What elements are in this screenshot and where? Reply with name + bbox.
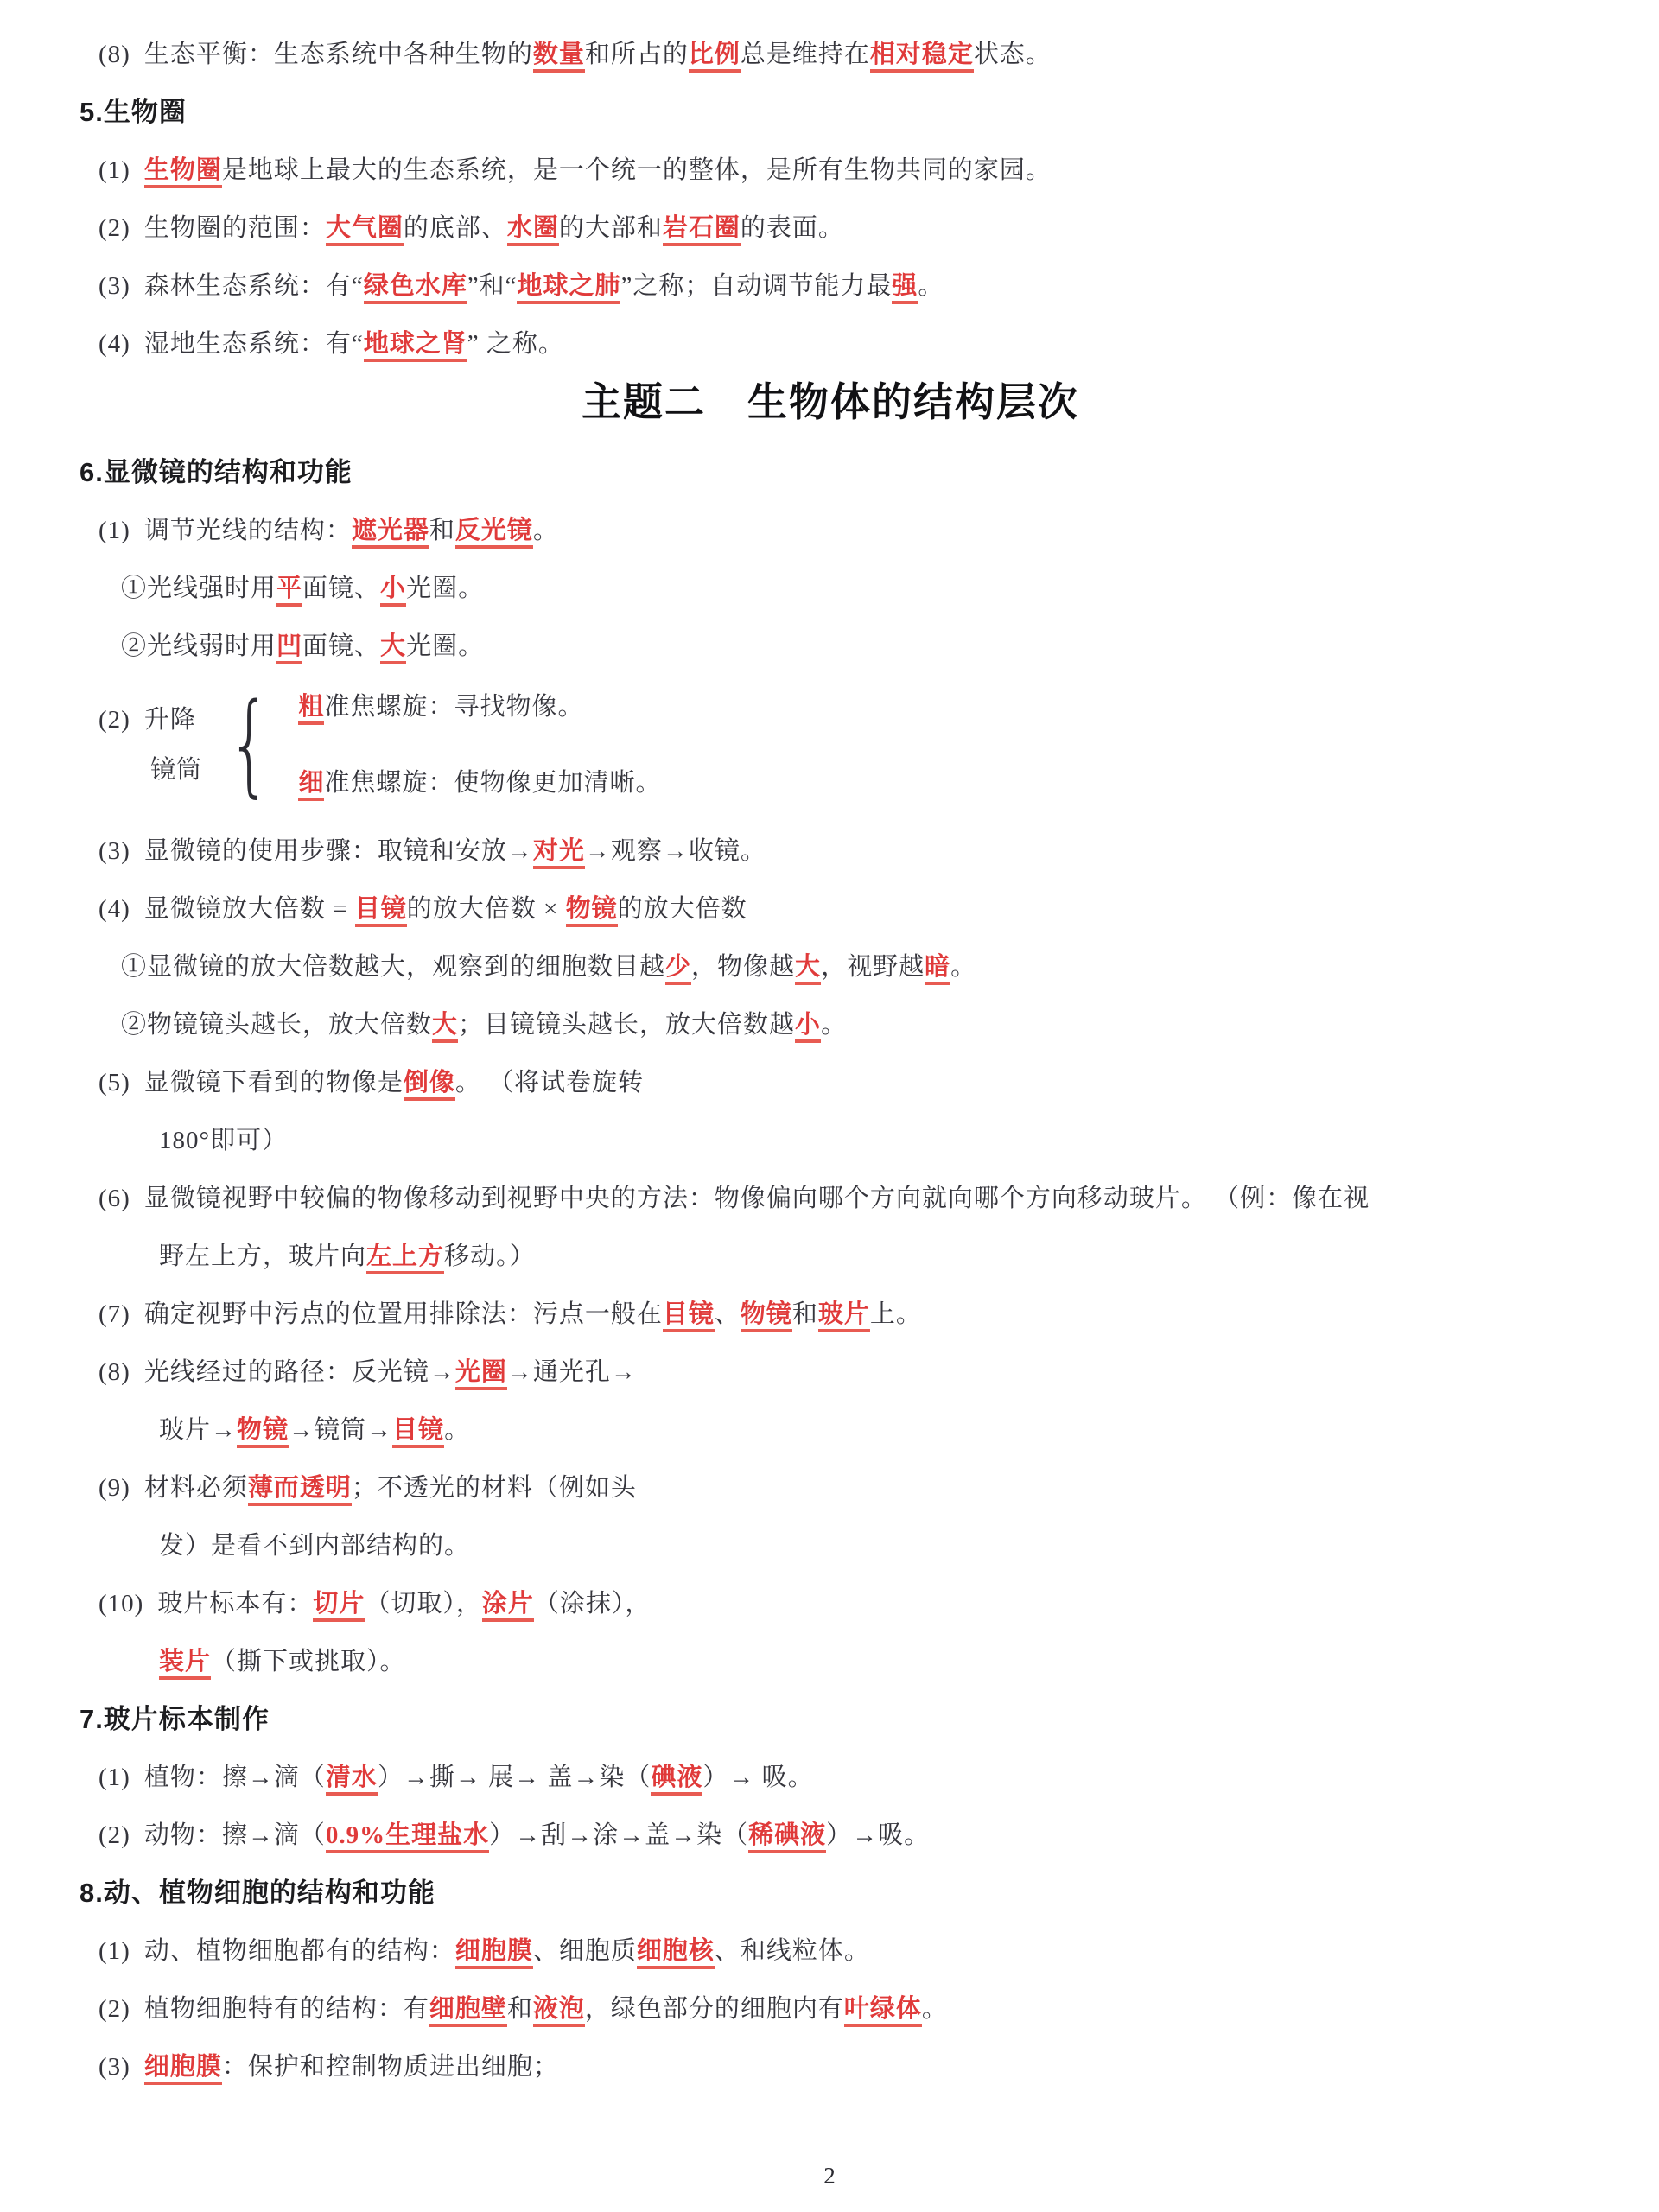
doc-line: (4)湿地生态系统：有“地球之肾” 之称。 [79, 329, 1581, 359]
text-segment: 玻片标本有： [157, 1590, 313, 1618]
answer-blank: 清水 [326, 1764, 378, 1796]
text-segment: 准焦螺旋：寻找物像。 [324, 693, 583, 721]
text-segment: 植物细胞特有的结构：有 [144, 1995, 429, 2023]
text-segment: ②光线弱时用 [121, 632, 276, 660]
text-segment: ：保护和控制物质进出细胞； [222, 2053, 559, 2081]
brace-rows: 粗准焦螺旋：寻找物像。细准焦螺旋：使物像更加清晰。 [298, 692, 661, 798]
answer-blank: 细胞核 [637, 1937, 715, 1969]
text-segment: （涂抹）， [534, 1590, 652, 1618]
text-segment: ）→ 吸。 [702, 1764, 813, 1791]
answer-blank: 对光 [533, 837, 585, 869]
text-segment: 发）是看不到内部结构的。 [159, 1532, 470, 1560]
line-marker: (3) [99, 272, 130, 300]
text-segment: →镜筒→ [289, 1416, 392, 1444]
brace-label: 镜筒 [99, 755, 202, 785]
text-segment: 光圈。 [406, 575, 484, 602]
text-segment: 。 [918, 272, 944, 300]
doc-line: (2)生物圈的范围：大气圈的底部、水圈的大部和岩石圈的表面。 [79, 213, 1581, 243]
line-marker: (1) [99, 1937, 130, 1965]
text-segment: 显微镜放大倍数 = [144, 895, 355, 923]
text-segment: 是地球上最大的生态系统，是一个统一的整体，是所有生物共同的家园。 [222, 156, 1052, 184]
line-marker: (1) [99, 1764, 130, 1791]
answer-blank: 粗 [298, 693, 324, 725]
text-segment: ；目镜镜头越长，放大倍数越 [458, 1011, 795, 1039]
text-segment: 总是维持在 [741, 41, 870, 68]
answer-blank: 绿色水库 [364, 272, 467, 304]
line-marker: (2) [99, 214, 130, 242]
line-marker: (8) [99, 1358, 130, 1386]
answer-blank: 遮光器 [352, 517, 429, 549]
text-segment: 湿地生态系统：有“ [144, 330, 364, 358]
line-marker: (9) [99, 1474, 130, 1502]
text-segment: （撕下或挑取）。 [211, 1648, 406, 1675]
doc-line: (3)森林生态系统：有“绿色水库”和“地球之肺”之称；自动调节能力最强。 [79, 271, 1581, 301]
text-segment: 动、植物细胞都有的结构： [144, 1937, 455, 1965]
doc-line: (1)生物圈是地球上最大的生态系统，是一个统一的整体，是所有生物共同的家园。 [79, 156, 1581, 185]
doc-line: (1)动、植物细胞都有的结构：细胞膜、细胞质细胞核、和线粒体。 [79, 1936, 1581, 1966]
line-marker: (2) [99, 706, 130, 734]
doc-line: (4)显微镜放大倍数 = 目镜的放大倍数 × 物镜的放大倍数 [79, 894, 1581, 924]
text-segment: （切取）， [365, 1590, 482, 1618]
doc-line: (10)玻片标本有：切片（切取），涂片（涂抹）， [79, 1589, 1581, 1618]
text-segment: 。 [821, 1011, 847, 1039]
answer-blank: 玻片 [818, 1300, 870, 1332]
brace-row: 细准焦螺旋：使物像更加清晰。 [298, 768, 661, 798]
doc-line: (7)确定视野中污点的位置用排除法：污点一般在目镜、物镜和玻片上。 [79, 1300, 1581, 1329]
text-segment: 。 [922, 1995, 948, 2023]
text-segment: 。 [533, 517, 559, 544]
doc-line: 玻片→物镜→镜筒→目镜。 [79, 1415, 1581, 1445]
answer-blank: 细胞膜 [455, 1937, 533, 1969]
answer-blank: 光圈 [455, 1358, 507, 1390]
document-body: (8)生态平衡：生态系统中各种生物的数量和所占的比例总是维持在相对稳定状态。5.… [0, 0, 1659, 2082]
answer-blank: 目镜 [355, 895, 407, 927]
text-segment: 6.显微镜的结构和功能 [79, 457, 353, 487]
text-segment: ，绿色部分的细胞内有 [585, 1995, 844, 2023]
text-segment: 准焦螺旋：使物像更加清晰。 [324, 769, 661, 797]
section-heading: 6.显微镜的结构和功能 [79, 458, 1581, 487]
answer-blank: 细胞壁 [429, 1995, 507, 2027]
text-segment: ” 之称。 [467, 330, 564, 358]
section-heading: 7.玻片标本制作 [79, 1705, 1581, 1734]
text-segment: ）→刮→涂→盖→染（ [489, 1821, 748, 1849]
page-footer: 2 [0, 2163, 1659, 2190]
doc-line: 野左上方，玻片向左上方移动。） [79, 1242, 1581, 1271]
text-segment: 状态。 [974, 41, 1052, 68]
text-segment: 和 [792, 1300, 818, 1328]
line-marker: (8) [99, 41, 130, 68]
text-segment: 植物：擦→滴（ [144, 1764, 326, 1791]
answer-blank: 比例 [689, 41, 741, 73]
answer-blank: 大 [795, 953, 821, 985]
text-segment: 180°即可） [159, 1127, 288, 1154]
answer-blank: 小 [380, 575, 406, 607]
line-marker: (6) [99, 1185, 130, 1212]
text-segment: 。 [950, 953, 976, 981]
text-segment: →观察→收镜。 [585, 837, 766, 865]
text-segment: ②物镜镜头越长，放大倍数 [121, 1011, 432, 1039]
line-marker: (3) [99, 2053, 130, 2081]
doc-line: ②物镜镜头越长，放大倍数大；目镜镜头越长，放大倍数越小。 [79, 1010, 1581, 1039]
line-marker: (2) [99, 1995, 130, 2023]
answer-blank: 目镜 [392, 1416, 444, 1448]
text-segment: ；不透光的材料（例如头 [352, 1474, 637, 1502]
text-segment: 7.玻片标本制作 [79, 1704, 270, 1734]
answer-blank: 平 [276, 575, 302, 607]
answer-blank: 地球之肾 [364, 330, 467, 362]
text-segment: 。 [444, 1416, 470, 1444]
text-segment: 上。 [870, 1300, 922, 1328]
answer-blank: 叶绿体 [844, 1995, 922, 2027]
answer-blank: 0.9%生理盐水 [326, 1821, 489, 1853]
text-segment: ）→吸。 [826, 1821, 930, 1849]
brace-row: 粗准焦螺旋：寻找物像。 [298, 692, 661, 721]
text-segment: 森林生态系统：有“ [144, 272, 364, 300]
text-segment: 生态平衡：生态系统中各种生物的 [144, 41, 533, 68]
text-segment: 玻片→ [159, 1416, 237, 1444]
answer-blank: 地球之肺 [517, 272, 620, 304]
text-segment: ，视野越 [821, 953, 925, 981]
answer-blank: 大 [432, 1011, 458, 1043]
doc-line: (6)显微镜视野中较偏的物像移动到视野中央的方法：物像偏向哪个方向就向哪个方向移… [79, 1184, 1581, 1213]
brace-labels: (2)升降镜筒 [99, 705, 202, 785]
answer-blank: 碘液 [651, 1764, 702, 1796]
text-segment: 调节光线的结构： [144, 517, 352, 544]
doc-line: (1)调节光线的结构：遮光器和反光镜。 [79, 516, 1581, 545]
line-marker: (10) [99, 1590, 143, 1618]
answer-blank: 细 [298, 769, 324, 801]
answer-blank: 水圈 [507, 214, 559, 246]
answer-blank: 大 [380, 632, 406, 664]
text-segment: 材料必须 [144, 1474, 248, 1502]
answer-blank: 物镜 [741, 1300, 792, 1332]
answer-blank: 暗 [925, 953, 950, 985]
doc-line: 发）是看不到内部结构的。 [79, 1531, 1581, 1560]
text-segment: 主题二 生物体的结构层次 [582, 379, 1079, 424]
answer-blank: 稀碘液 [748, 1821, 826, 1853]
doc-line: 装片（撕下或挑取）。 [79, 1647, 1581, 1676]
text-segment: 显微镜的使用步骤：取镜和安放→ [144, 837, 533, 865]
section-heading: 8.动、植物细胞的结构和功能 [79, 1878, 1581, 1908]
line-marker: (5) [99, 1069, 130, 1096]
doc-line: (8)光线经过的路径：反光镜→光圈→通光孔→ [79, 1357, 1581, 1387]
answer-blank: 小 [795, 1011, 821, 1043]
answer-blank: 细胞膜 [144, 2053, 222, 2085]
doc-line: (9)材料必须薄而透明；不透光的材料（例如头 [79, 1473, 1581, 1503]
doc-line: (8)生态平衡：生态系统中各种生物的数量和所占的比例总是维持在相对稳定状态。 [79, 40, 1581, 69]
text-segment: ，物像越 [691, 953, 795, 981]
doc-line: ①显微镜的放大倍数越大，观察到的细胞数目越少，物像越大，视野越暗。 [79, 952, 1581, 982]
answer-blank: 目镜 [663, 1300, 715, 1332]
doc-line: ①光线强时用平面镜、小光圈。 [79, 574, 1581, 603]
answer-blank: 岩石圈 [663, 214, 741, 246]
brace-icon: { [227, 690, 270, 800]
answer-blank: 倒像 [404, 1069, 455, 1101]
text-segment: 、细胞质 [533, 1937, 637, 1965]
answer-blank: 左上方 [366, 1243, 444, 1274]
text-segment: 、和线粒体。 [715, 1937, 870, 1965]
line-marker: (4) [99, 895, 130, 923]
line-marker: (2) [99, 1821, 130, 1849]
answer-blank: 装片 [159, 1648, 211, 1680]
text-segment: 显微镜下看到的物像是 [144, 1069, 404, 1096]
text-segment: ）→撕→ 展→ 盖→染（ [378, 1764, 652, 1791]
text-segment: →通光孔→ [507, 1358, 637, 1386]
text-segment: ①显微镜的放大倍数越大，观察到的细胞数目越 [121, 953, 665, 981]
text-segment: 移动。） [444, 1243, 536, 1270]
text-segment: ”之称；自动调节能力最 [620, 272, 892, 300]
text-segment: 的放大倍数 [618, 895, 747, 923]
answer-blank: 相对稳定 [870, 41, 974, 73]
notes-page: { "colors": { "accent_red": "#e03a3a", "… [0, 0, 1659, 2212]
doc-line: (1)植物：擦→滴（清水）→撕→ 展→ 盖→染（碘液）→ 吸。 [79, 1763, 1581, 1792]
doc-line: ②光线弱时用凹面镜、大光圈。 [79, 632, 1581, 661]
answer-blank: 数量 [533, 41, 585, 73]
answer-blank: 大气圈 [326, 214, 404, 246]
answer-blank: 生物圈 [144, 156, 222, 188]
text-segment: 野左上方，玻片向 [159, 1243, 366, 1270]
answer-blank: 涂片 [482, 1590, 534, 1622]
text-segment: 生物圈的范围： [144, 214, 326, 242]
text-segment: 。 （将试卷旋转 [455, 1069, 644, 1096]
text-segment: 的大部和 [559, 214, 663, 242]
text-segment: ”和“ [467, 272, 518, 300]
answer-blank: 液泡 [533, 1995, 585, 2027]
text-segment: 光圈。 [406, 632, 484, 660]
text-segment: 的放大倍数 × [407, 895, 566, 923]
line-marker: (1) [99, 156, 130, 184]
text-segment: 和 [429, 517, 455, 544]
text-segment: ①光线强时用 [121, 575, 276, 602]
doc-line: (2)动物：擦→滴（0.9%生理盐水）→刮→涂→盖→染（稀碘液）→吸。 [79, 1821, 1581, 1850]
text-segment: 和 [507, 1995, 533, 2023]
doc-line: (2)植物细胞特有的结构：有细胞壁和液泡，绿色部分的细胞内有叶绿体。 [79, 1994, 1581, 2024]
line-marker: (1) [99, 517, 130, 544]
line-marker: (4) [99, 330, 130, 358]
answer-blank: 薄而透明 [248, 1474, 352, 1506]
text-segment: 面镜、 [302, 632, 380, 660]
doc-line: (3)细胞膜：保护和控制物质进出细胞； [79, 2052, 1581, 2082]
doc-line: 180°即可） [79, 1126, 1581, 1155]
text-segment: 动物：擦→滴（ [144, 1821, 326, 1849]
answer-blank: 物镜 [237, 1416, 289, 1448]
text-segment: 面镜、 [302, 575, 380, 602]
doc-line: (3)显微镜的使用步骤：取镜和安放→对光→观察→收镜。 [79, 836, 1581, 866]
text-segment: 5.生物圈 [79, 97, 187, 127]
line-marker: (7) [99, 1300, 130, 1328]
text-segment: 的底部、 [404, 214, 507, 242]
text-segment: 8.动、植物细胞的结构和功能 [79, 1878, 435, 1908]
text-segment: 的表面。 [741, 214, 844, 242]
line-marker: (3) [99, 837, 130, 865]
text-segment: 确定视野中污点的位置用排除法：污点一般在 [144, 1300, 663, 1328]
doc-line: (5)显微镜下看到的物像是倒像。 （将试卷旋转 [79, 1068, 1581, 1097]
text-segment: 、 [715, 1300, 741, 1328]
answer-blank: 反光镜 [455, 517, 533, 549]
answer-blank: 少 [665, 953, 691, 985]
answer-blank: 凹 [276, 632, 302, 664]
page-number: 2 [823, 2163, 836, 2189]
text-segment: 和所占的 [585, 41, 689, 68]
text-segment: 光线经过的路径：反光镜→ [144, 1358, 455, 1386]
answer-blank: 切片 [313, 1590, 365, 1622]
text-segment: 显微镜视野中较偏的物像移动到视野中央的方法：物像偏向哪个方向就向哪个方向移动玻片… [144, 1185, 1370, 1212]
section-title: 主题二 生物体的结构层次 [79, 387, 1581, 416]
section-heading: 5.生物圈 [79, 98, 1581, 127]
brace-group: (2)升降镜筒{粗准焦螺旋：寻找物像。细准焦螺旋：使物像更加清晰。 [79, 690, 1581, 800]
brace-label: (2)升降 [99, 705, 202, 734]
answer-blank: 物镜 [566, 895, 618, 927]
answer-blank: 强 [892, 272, 918, 304]
